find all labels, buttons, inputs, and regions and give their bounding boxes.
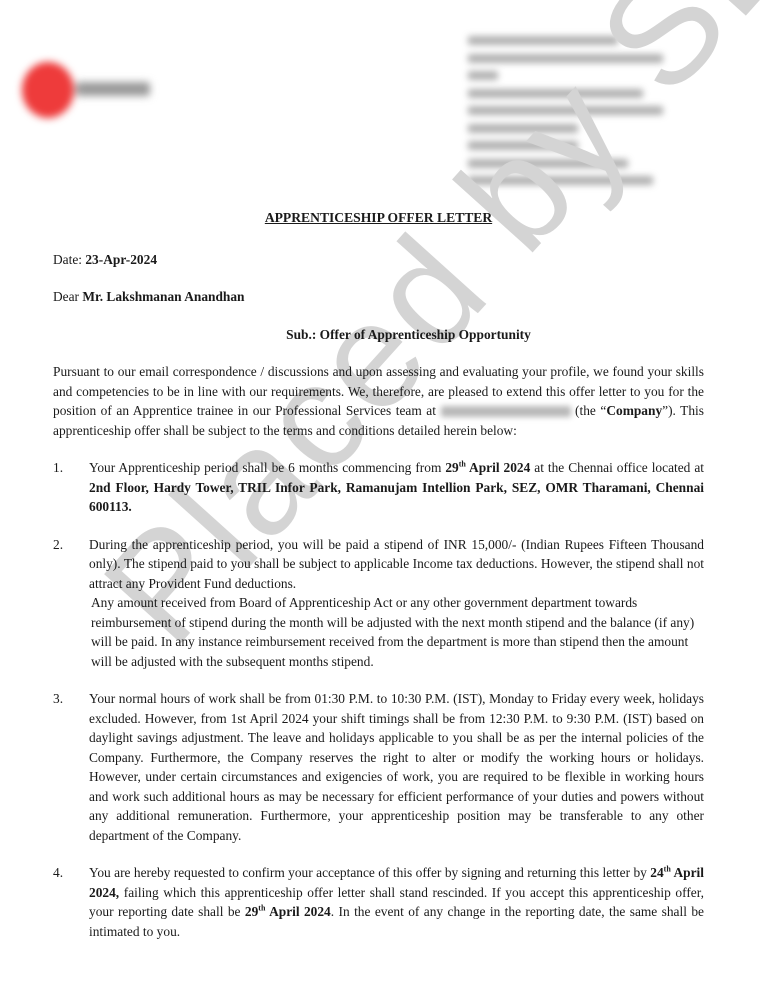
clause-sub-paragraph: Any amount received from Board of Appren… (91, 593, 704, 671)
clause-number: 3. (53, 689, 89, 845)
salutation: Dear Mr. Lakshmanan Anandhan (53, 287, 704, 307)
page-title: APPRENTICESHIP OFFER LETTER (53, 208, 704, 228)
letter-body: APPRENTICESHIP OFFER LETTER Date: 23-Apr… (53, 208, 704, 959)
date-value: 23-Apr-2024 (85, 252, 157, 267)
clause-text: During the apprenticeship period, you wi… (89, 535, 704, 672)
logo-wordmark (76, 82, 150, 96)
company-address-block (468, 36, 688, 194)
clause-4: 4. You are hereby requested to confirm y… (53, 863, 704, 941)
intro-paragraph: Pursuant to our email correspondence / d… (53, 362, 704, 440)
recipient-name: Mr. Lakshmanan Anandhan (82, 289, 244, 304)
clause-3: 3. Your normal hours of work shall be fr… (53, 689, 704, 845)
clause-number: 1. (53, 458, 89, 517)
logo-circle-icon (22, 62, 74, 118)
clause-number: 2. (53, 535, 89, 672)
company-logo (18, 58, 138, 118)
letter-date: Date: 23-Apr-2024 (53, 250, 704, 270)
clause-1: 1. Your Apprenticeship period shall be 6… (53, 458, 704, 517)
letter-subject: Sub.: Offer of Apprenticeship Opportunit… (53, 325, 704, 345)
clause-text: Your Apprenticeship period shall be 6 mo… (89, 458, 704, 517)
clause-text: Your normal hours of work shall be from … (89, 689, 704, 845)
clause-number: 4. (53, 863, 89, 941)
redacted-company-name (441, 406, 571, 417)
offer-letter-page: Placed by SLA APPRENTICESHIP OFFER LETTE… (0, 0, 768, 994)
clause-2: 2. During the apprenticeship period, you… (53, 535, 704, 672)
clause-text: You are hereby requested to confirm your… (89, 863, 704, 941)
